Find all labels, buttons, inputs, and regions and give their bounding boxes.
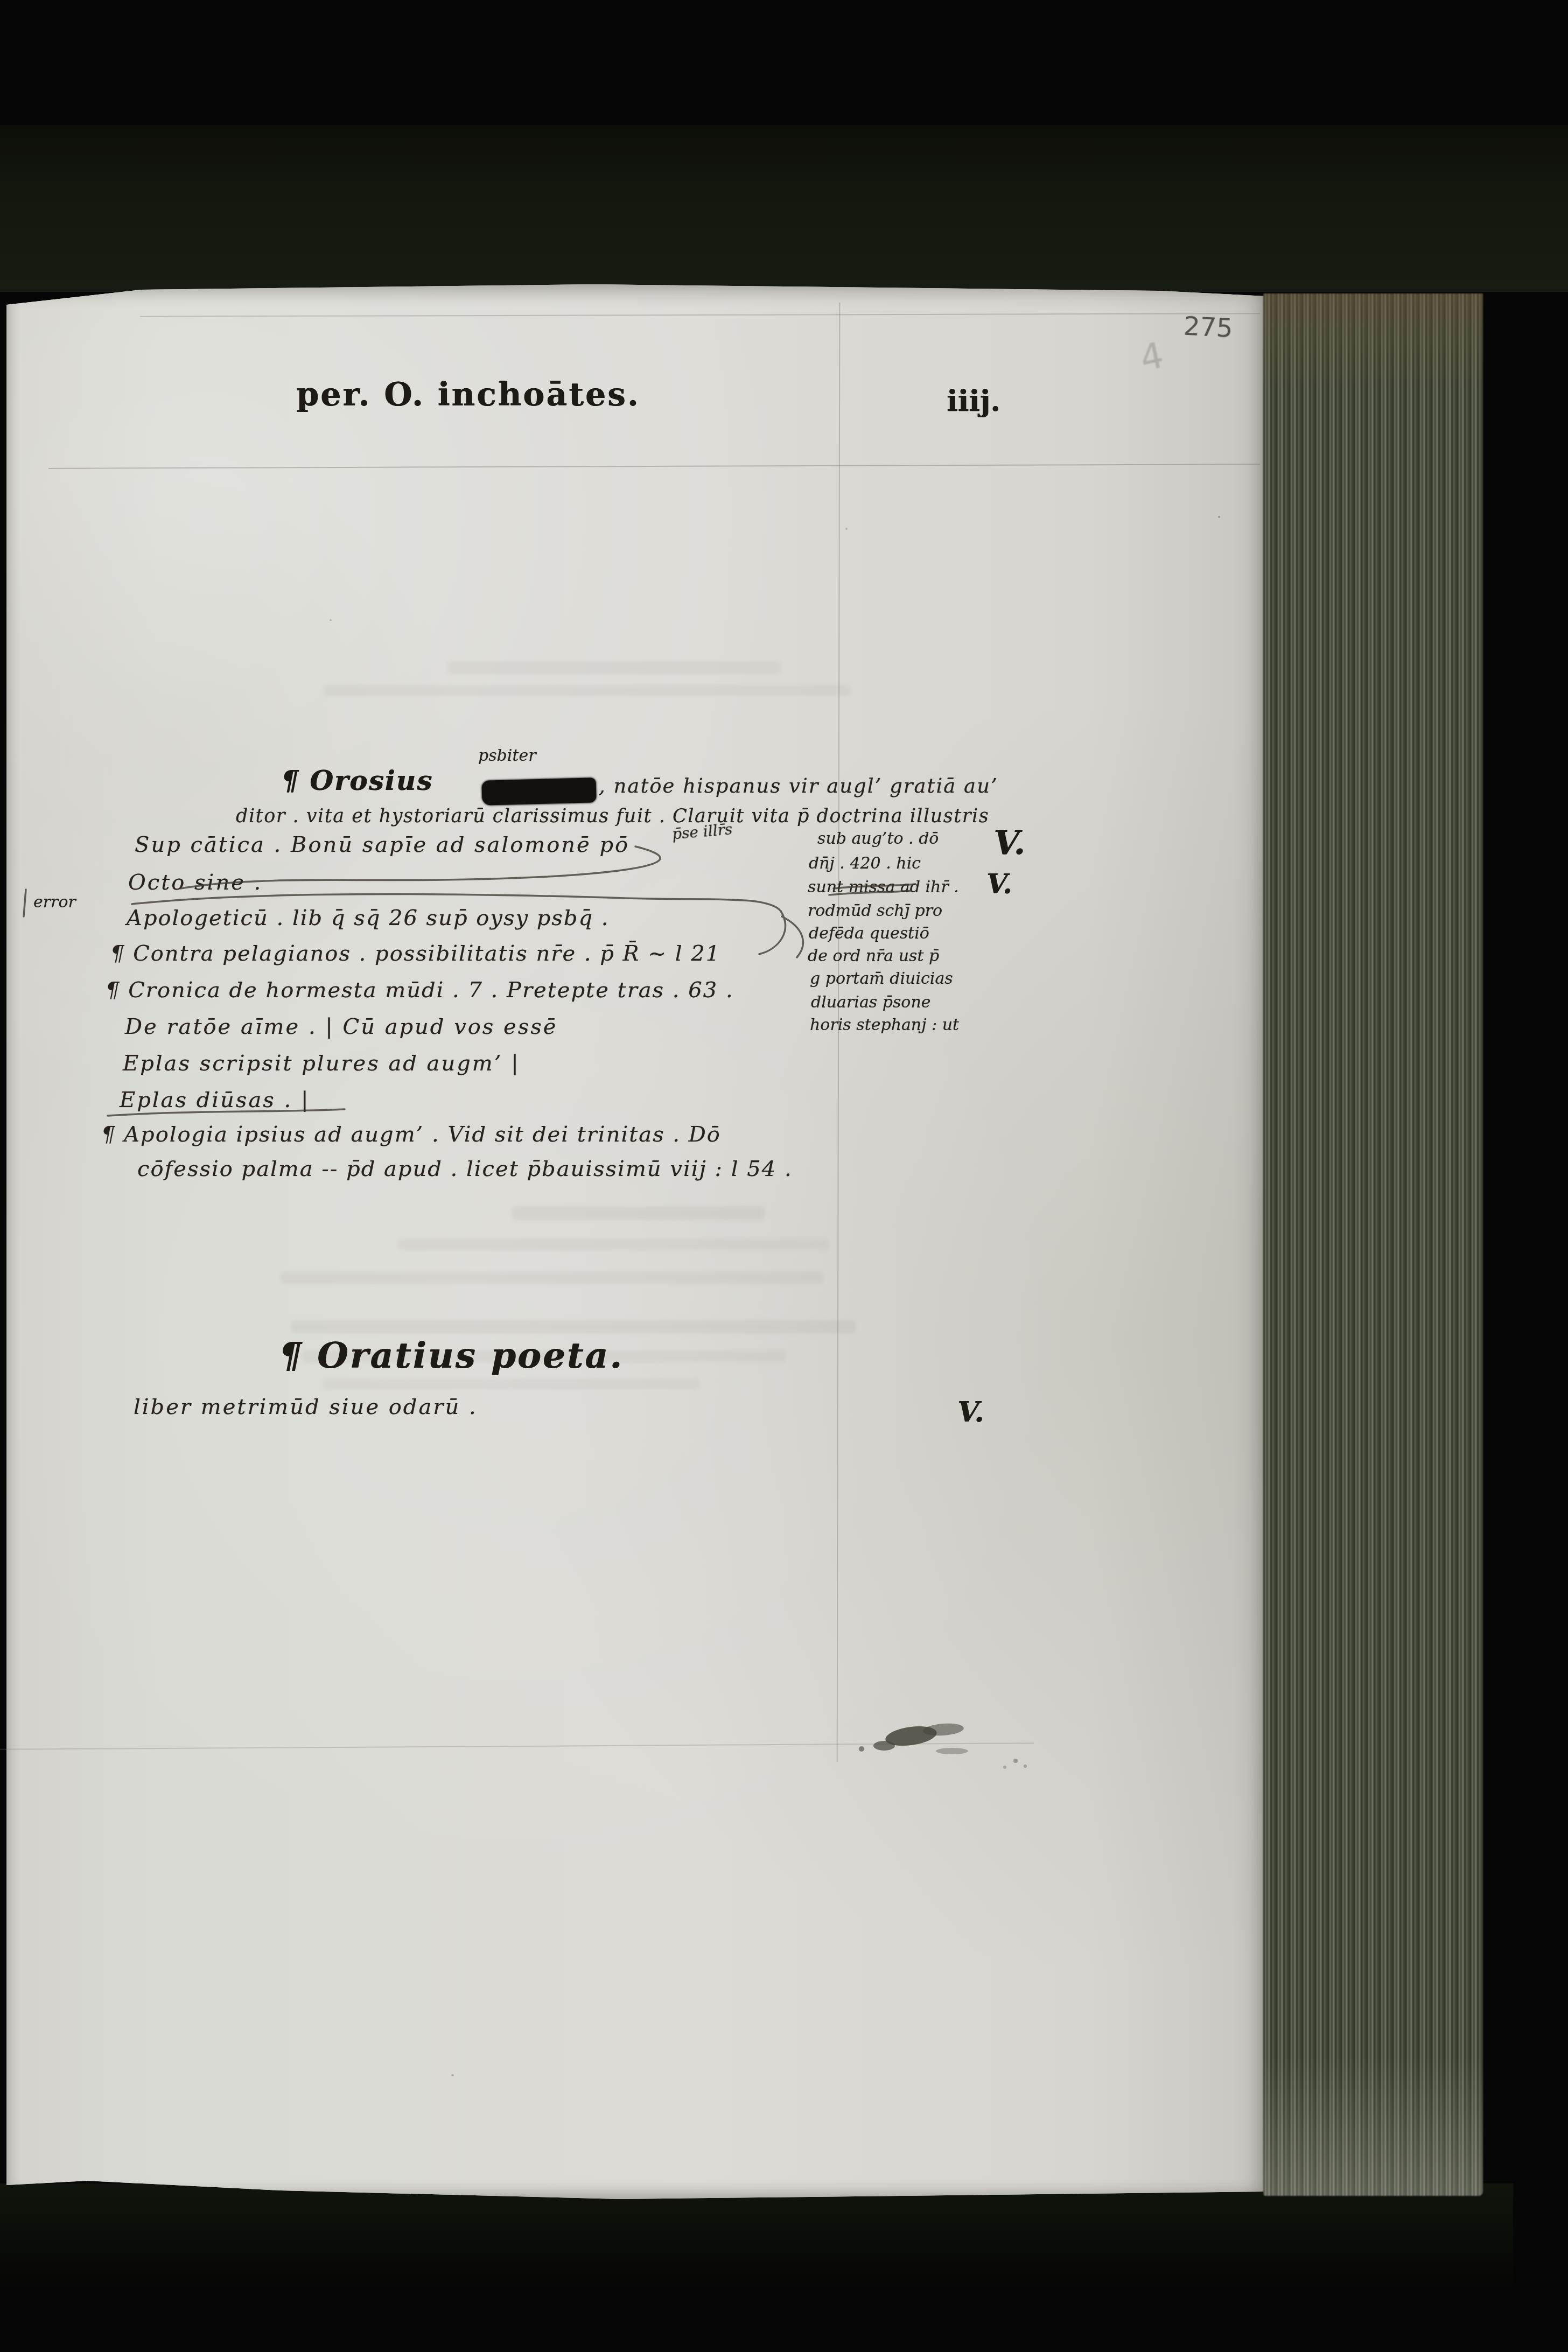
ink-smudge [859,1722,1027,1769]
pen-flourishes [0,0,1568,2352]
manuscript-photograph: { "colors": { "background": "#060606", "… [0,0,1568,2352]
dust-speck [451,2074,454,2076]
dust-speck [330,619,332,621]
dust-speck [845,528,848,530]
dust-speck [1218,516,1220,518]
